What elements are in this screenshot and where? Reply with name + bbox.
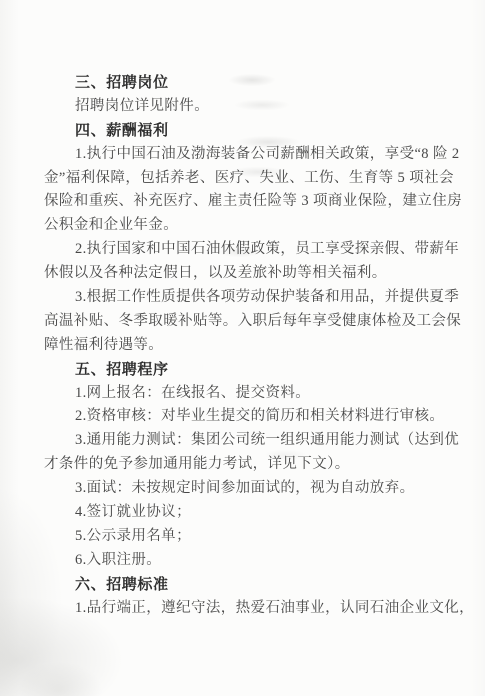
document-line: 2.资格审核：对毕业生提交的简历和相关材料进行审核。	[44, 405, 442, 429]
document-line: 休假以及各种法定假日，以及差旅补助等相关福利。	[44, 262, 442, 286]
section-heading: 三、招聘岗位	[44, 71, 442, 95]
document-line: 2.执行国家和中国石油休假政策，员工享受探亲假、带薪年	[44, 238, 442, 262]
document-line: 5.公示录用名单；	[44, 525, 442, 549]
document-line: 3.根据工作性质提供各项劳动保护装备和用品，并提供夏季	[44, 286, 442, 310]
document-line: 6.入职注册。	[44, 549, 442, 573]
document-line: 高温补贴、冬季取暖补贴等。入职后每年享受健康体检及工会保	[44, 310, 442, 334]
scanned-document-page: 三、招聘岗位招聘岗位详见附件。四、薪酬福利1.执行中国石油及渤海装备公司薪酬相关…	[0, 0, 485, 696]
document-line: 1.网上报名：在线报名、提交资料。	[44, 382, 442, 406]
section-heading: 六、招聘标准	[44, 573, 442, 597]
document-body: 三、招聘岗位招聘岗位详见附件。四、薪酬福利1.执行中国石油及渤海装备公司薪酬相关…	[44, 71, 442, 620]
document-line: 1.执行中国石油及渤海装备公司薪酬相关政策，享受“8 险 2	[44, 143, 442, 167]
document-line: 公积金和企业年金。	[44, 214, 442, 238]
document-line: 保险和重疾、补充医疗、雇主责任险等 3 项商业保险，建立住房	[44, 190, 442, 214]
section-heading: 四、薪酬福利	[44, 119, 442, 143]
document-line: 1.品行端正，遵纪守法，热爱石油事业，认同石油企业文化，	[44, 597, 442, 621]
document-line: 障性福利待遇等。	[44, 334, 442, 358]
document-line: 才条件的免予参加通用能力考试，详见下文）。	[44, 453, 442, 477]
document-line: 4.签订就业协议；	[44, 501, 442, 525]
section-heading: 五、招聘程序	[44, 358, 442, 382]
document-line: 金”福利保障，包括养老、医疗、失业、工伤、生育等 5 项社会	[44, 167, 442, 191]
document-line: 3.通用能力测试：集团公司统一组织通用能力测试（达到优	[44, 429, 442, 453]
document-line: 3.面试：未按规定时间参加面试的，视为自动放弃。	[44, 477, 442, 501]
document-line: 招聘岗位详见附件。	[44, 95, 442, 119]
